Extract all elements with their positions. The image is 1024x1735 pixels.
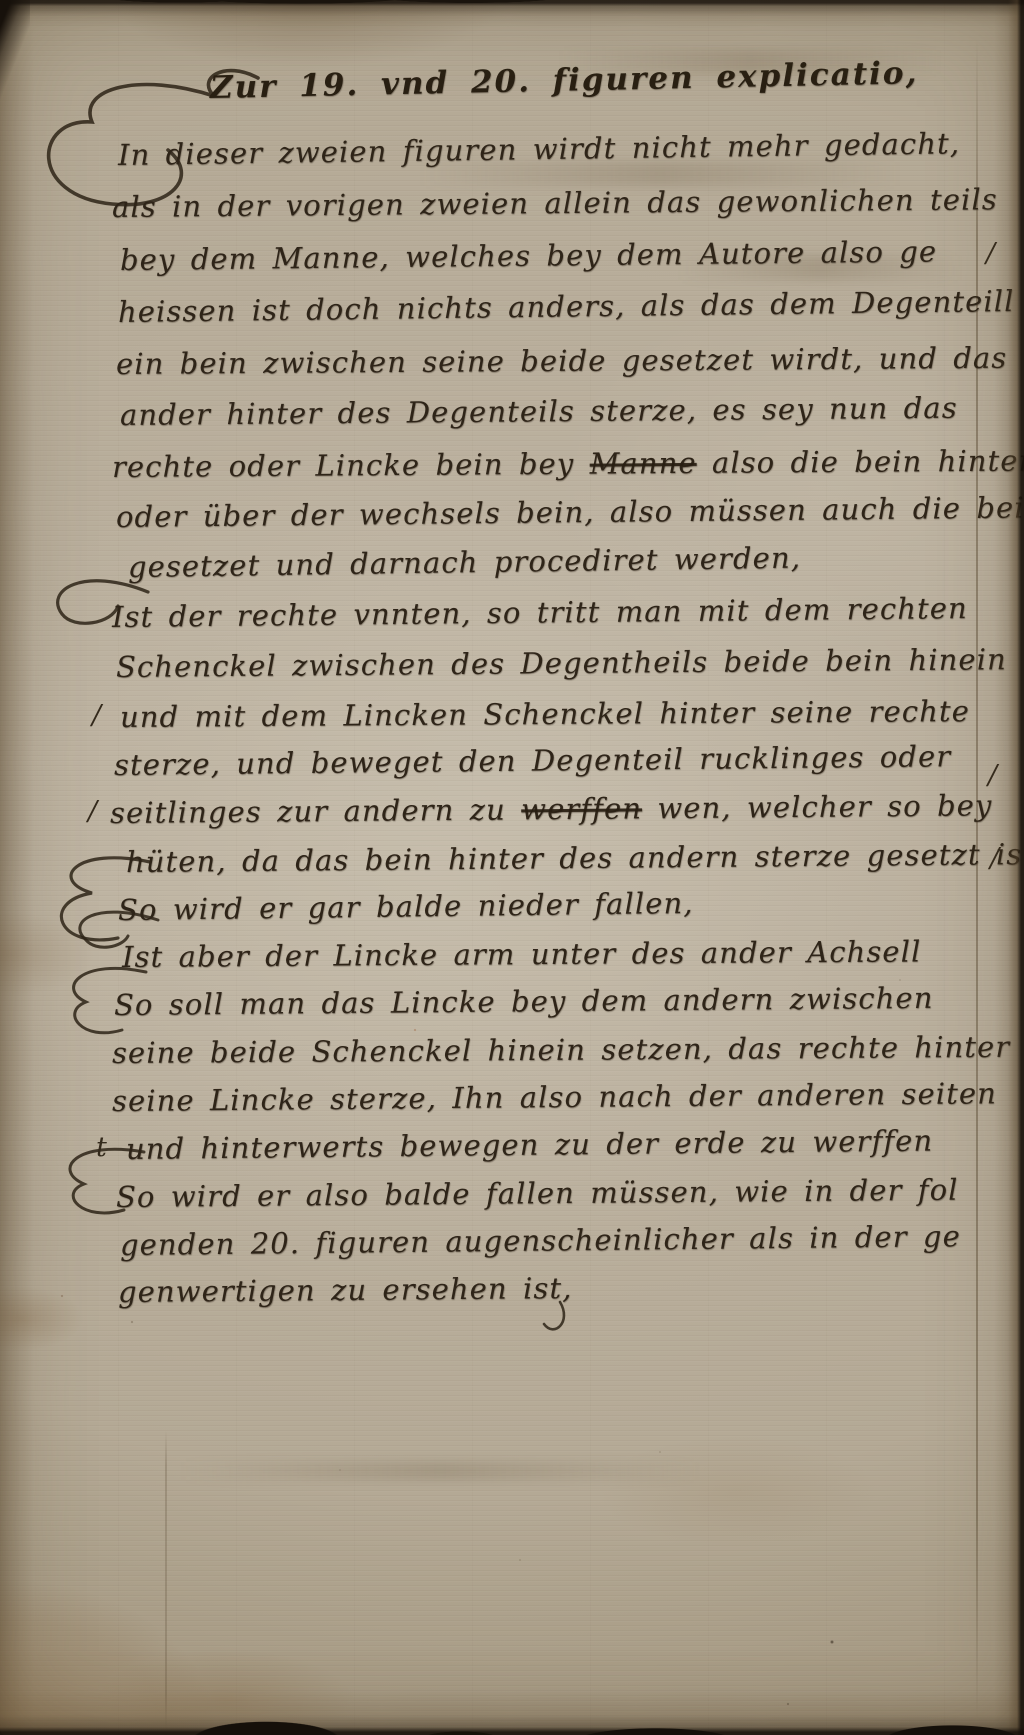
text-segment: oder über der wechsels bein, also müssen… <box>116 490 1024 534</box>
text-segment: hüten, da das bein hinter des andern ste… <box>126 837 1024 879</box>
text-segment: seitlinges zur andern zu <box>110 792 521 830</box>
text-segment: und hinterwerts bewegen zu der erde zu w… <box>126 1124 934 1166</box>
manuscript-line: bey dem Manne, welches bey dem Autore al… <box>120 234 938 277</box>
manuscript-line: Ist aber der Lincke arm unter des ander … <box>122 934 922 974</box>
text-segment: seine beide Schenckel hinein setzen, das… <box>112 1030 1010 1070</box>
text-segment: sterze, und beweget den Degenteil ruckli… <box>114 739 952 782</box>
manuscript-line: genden 20. figuren augenscheinlicher als… <box>120 1219 961 1262</box>
text-segment: genwertigen zu ersehen ist, <box>118 1271 573 1309</box>
text-segment: So wird er also balde fallen müssen, wie… <box>116 1173 959 1214</box>
struck-word: Manne <box>590 446 697 481</box>
margin-mark: t <box>96 1132 107 1163</box>
text-segment: So wird er gar balde nieder fallen, <box>118 886 694 927</box>
manuscript-line: rechte oder Lincke bein bey Manne also d… <box>112 444 1024 484</box>
heading-line: Zur 19. vnd 20. figuren explicatio, <box>210 55 919 106</box>
text-segment: So soll man das Lincke bey dem andern zw… <box>114 981 934 1022</box>
manuscript-line: genwertigen zu ersehen ist, <box>118 1271 573 1309</box>
manuscript-line: heissen ist doch nichts anders, als das … <box>118 284 1015 329</box>
manuscript-line: So soll man das Lincke bey dem andern zw… <box>114 981 934 1022</box>
manuscript-line: sterze, und beweget den Degenteil ruckli… <box>114 739 952 782</box>
text-segment: als in der vorigen zweien allein das gew… <box>112 182 998 224</box>
manuscript-line: seine Lincke sterze, Ihn also nach der a… <box>112 1076 997 1118</box>
manuscript-line: In dieser zweien figuren wirdt nicht meh… <box>118 126 961 172</box>
text-segment: ander hinter des Degenteils sterze, es s… <box>120 391 958 432</box>
margin-mark: / <box>986 238 995 269</box>
text-segment: wen, welcher so bey <box>642 788 993 825</box>
text-segment: Zur 19. vnd 20. figuren explicatio, <box>210 55 919 106</box>
manuscript-photo: { "page": { "description": "Handwritten … <box>0 0 1024 1735</box>
text-layer: Zur 19. vnd 20. figuren explicatio,In di… <box>0 0 1024 1735</box>
text-segment: In dieser zweien figuren wirdt nicht meh… <box>118 126 961 172</box>
manuscript-line: seine beide Schenckel hinein setzen, das… <box>112 1030 1010 1070</box>
manuscript-line: als in der vorigen zweien allein das gew… <box>112 182 998 224</box>
text-segment: genden 20. figuren augenscheinlicher als… <box>120 1219 961 1262</box>
text-segment: Ist der rechte vnnten, so tritt man mit … <box>112 591 968 634</box>
manuscript-line: und hinterwerts bewegen zu der erde zu w… <box>126 1124 934 1166</box>
manuscript-line: ein bein zwischen seine beide gesetzet w… <box>116 341 1008 381</box>
margin-mark: / <box>988 760 997 791</box>
struck-word: werffen <box>521 791 642 826</box>
text-segment: Schenckel zwischen des Degentheils beide… <box>116 642 1007 684</box>
text-segment: rechte oder Lincke bein bey <box>112 447 590 484</box>
manuscript-line: seitlinges zur andern zu werffen wen, we… <box>110 788 993 830</box>
margin-mark: / <box>990 843 999 874</box>
manuscript-line: Ist der rechte vnnten, so tritt man mit … <box>112 591 968 634</box>
text-segment: und mit dem Lincken Schenckel hinter sei… <box>120 694 970 734</box>
manuscript-line: oder über der wechsels bein, also müssen… <box>116 490 1024 534</box>
manuscript-line: gesetzet und darnach procediret werden, <box>128 541 802 584</box>
text-segment: Ist aber der Lincke arm unter des ander … <box>122 934 922 974</box>
manuscript-line: So wird er gar balde nieder fallen, <box>118 886 694 927</box>
manuscript-line: Schenckel zwischen des Degentheils beide… <box>116 642 1007 684</box>
manuscript-page: Zur 19. vnd 20. figuren explicatio,In di… <box>0 0 1024 1735</box>
margin-mark: / <box>92 700 101 731</box>
manuscript-line: ander hinter des Degenteils sterze, es s… <box>120 391 958 432</box>
margin-mark: / <box>88 796 97 827</box>
manuscript-line: und mit dem Lincken Schenckel hinter sei… <box>120 694 970 734</box>
manuscript-line: So wird er also balde fallen müssen, wie… <box>116 1173 959 1214</box>
manuscript-line: hüten, da das bein hinter des andern ste… <box>126 837 1024 879</box>
text-segment: heissen ist doch nichts anders, als das … <box>118 284 1015 329</box>
text-segment: also die bein hinter <box>697 444 1024 480</box>
text-segment: seine Lincke sterze, Ihn also nach der a… <box>112 1076 997 1118</box>
text-segment: gesetzet und darnach procediret werden, <box>128 541 802 584</box>
text-segment: ein bein zwischen seine beide gesetzet w… <box>116 341 1008 381</box>
text-segment: bey dem Manne, welches bey dem Autore al… <box>120 234 938 277</box>
